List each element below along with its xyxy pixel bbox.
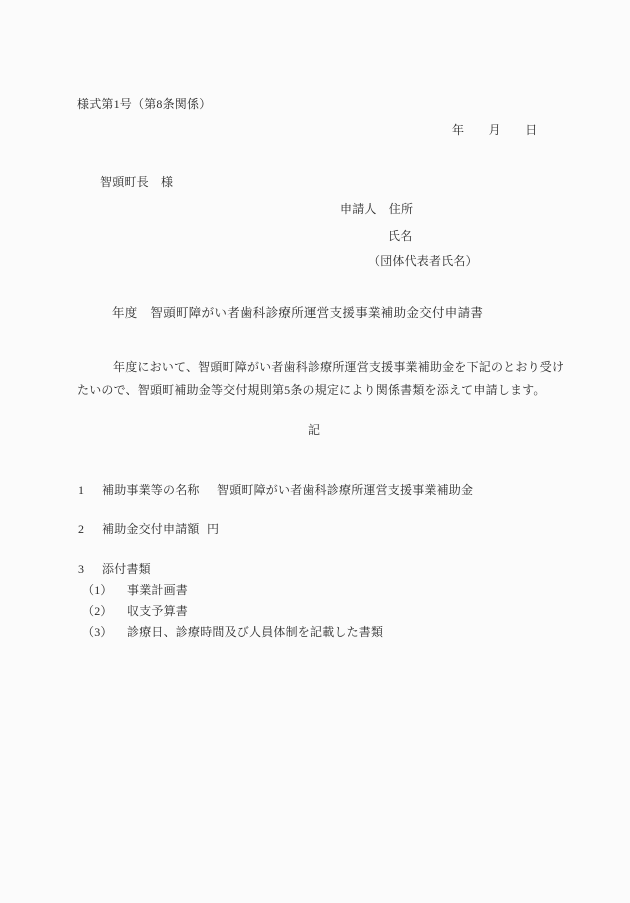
addressee: 智頭町長 様 [100,175,173,189]
subsidy-application-form-page: 様式第1号（第8条関係） 年 月 日 智頭町長 様 申請人 住所 氏名 （団体代… [0,0,630,903]
body-paragraph-line-1: 年度において、智頭町障がい者歯科診療所運営支援事業補助金を下記のとおり受け [113,360,564,374]
item-value: 円 [207,522,219,536]
item-value: 智頭町障がい者歯科診療所運営支援事業補助金 [217,483,473,497]
attachment-number: （3） [82,625,113,639]
attachment-text: 事業計画書 [127,583,188,597]
item-label: 添付書類 [102,562,151,576]
document-title: 年度 智頭町障がい者歯科診療所運営支援事業補助金交付申請書 [112,306,483,321]
section-marker: 記 [308,423,320,437]
item-number: 3 [78,562,84,576]
item-label: 補助事業等の名称 [102,483,200,497]
item-label: 補助金交付申請額 [102,522,200,536]
form-number: 様式第1号（第8条関係） [77,97,211,111]
applicant-address-line: 申請人 住所 [340,202,413,216]
applicant-name-line: 氏名 [388,229,412,243]
date-line: 年 月 日 [452,123,537,137]
attachment-text: 収支予算書 [127,604,188,618]
body-paragraph-line-2: たいので、智頭町補助金等交付規則第5条の規定により関係書類を添えて申請します。 [77,383,546,397]
attachment-text: 診療日、診療時間及び人員体制を記載した書類 [127,625,383,639]
item-number: 2 [78,522,84,536]
attachment-number: （1） [82,583,113,597]
applicant-representative-line: （団体代表者氏名） [368,254,478,268]
item-number: 1 [78,483,84,497]
attachment-number: （2） [82,604,113,618]
